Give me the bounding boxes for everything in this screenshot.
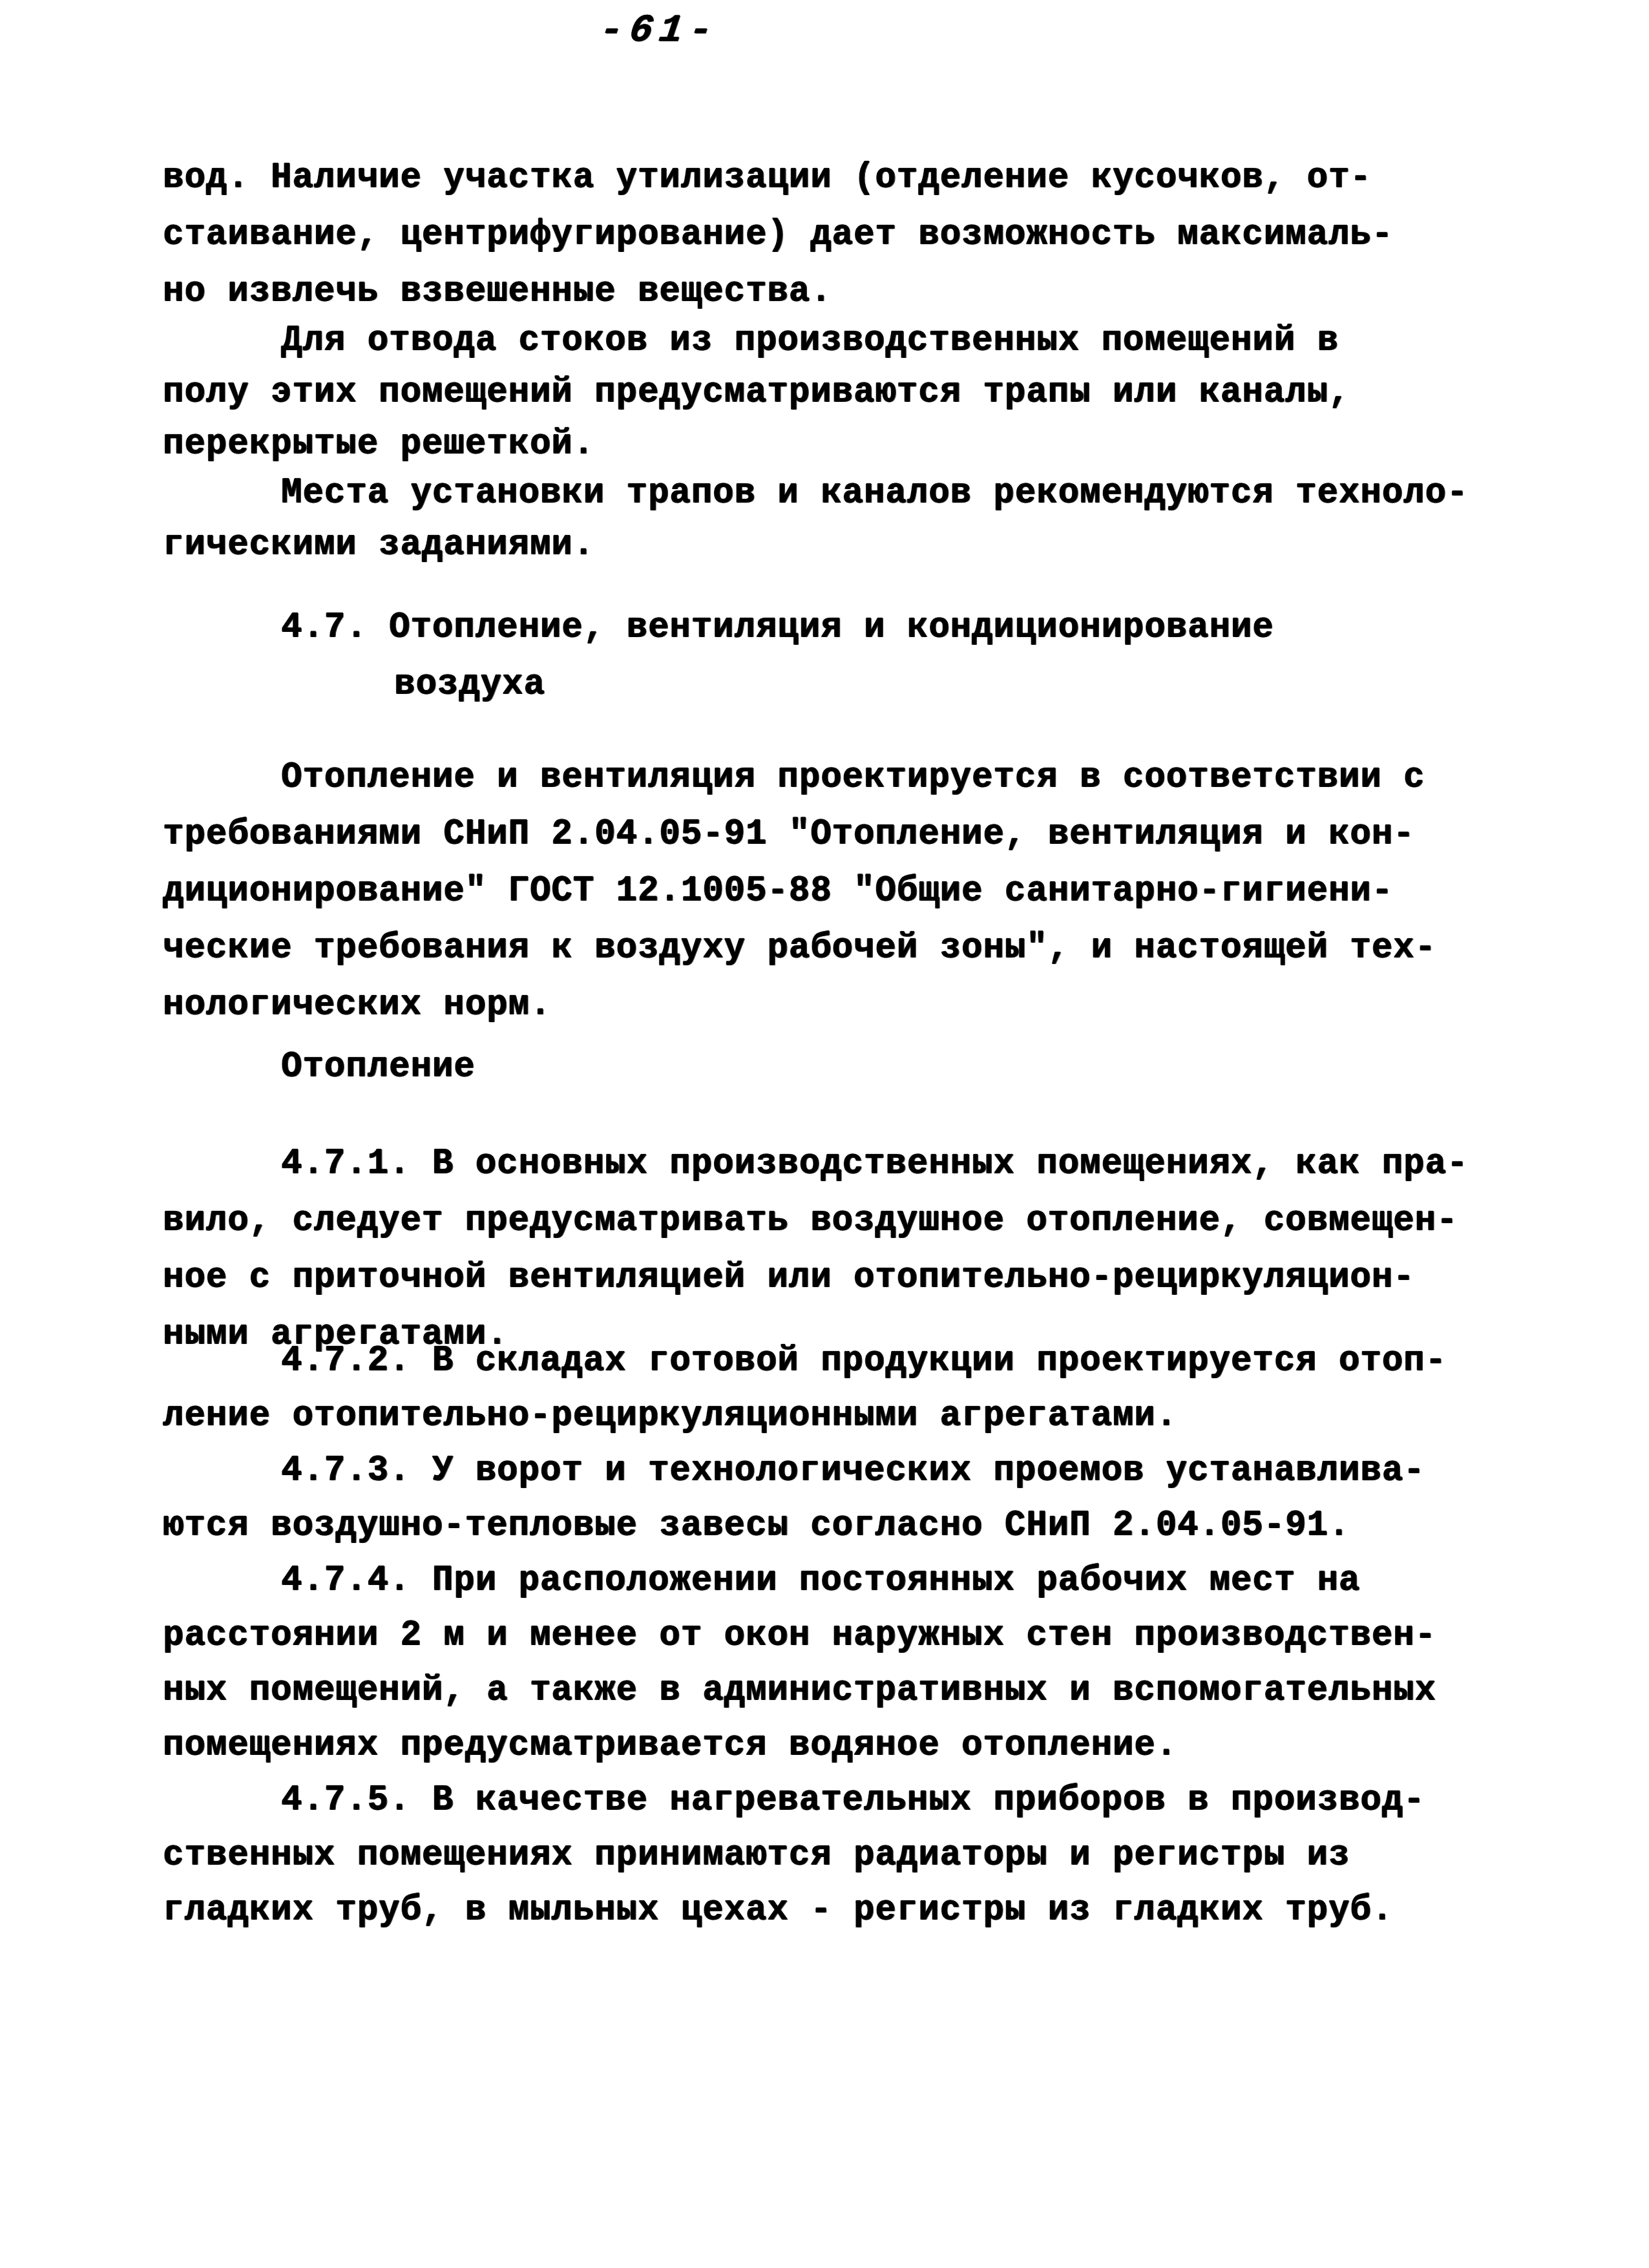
- text-line: стаивание, центрифугирование) дает возмо…: [163, 205, 1520, 265]
- text-line: вило, следует предусматривать воздушное …: [163, 1192, 1520, 1251]
- paragraph-4-7-3: 4.7.3. У ворот и технологических проемов…: [163, 1442, 1520, 1552]
- text-line: 4.7.1. В основных производственных помещ…: [163, 1135, 1520, 1194]
- text-line: перекрытые решеткой.: [163, 417, 1520, 471]
- text-line: требованиями СНиП 2.04.05-91 "Отопление,…: [163, 805, 1520, 865]
- text-line: вод. Наличие участка утилизации (отделен…: [163, 149, 1520, 208]
- subheading-heating: Отопление: [163, 1038, 1520, 1095]
- text-line: Отопление и вентиляция проектируется в с…: [163, 748, 1520, 808]
- text-line: ются воздушно-тепловые завесы согласно С…: [163, 1497, 1520, 1554]
- page-number: -61-: [596, 9, 722, 53]
- text-line: 4.7.2. В складах готовой продукции проек…: [163, 1332, 1520, 1389]
- text-line: гическими заданиями.: [163, 518, 1520, 572]
- text-line: Места установки трапов и каналов рекомен…: [163, 467, 1520, 520]
- text-line: ственных помещениях принимаются радиатор…: [163, 1827, 1520, 1884]
- paragraph-snip-gost-reference: Отопление и вентиляция проектируется в с…: [163, 748, 1520, 1033]
- text-line: диционирование" ГОСТ 12.1005-88 "Общие с…: [163, 862, 1520, 921]
- paragraph-drain-traps: Для отвода стоков из производственных по…: [163, 314, 1520, 469]
- subheading-line: Отопление: [163, 1038, 1520, 1097]
- section-heading-4-7: 4.7. Отопление, вентиляция и кондиционир…: [163, 598, 1520, 712]
- text-line: 4.7.5. В качестве нагревательных приборо…: [163, 1772, 1520, 1829]
- text-line: ление отопительно-рециркуляционными агре…: [163, 1387, 1520, 1444]
- heading-line: 4.7. Отопление, вентиляция и кондиционир…: [163, 598, 1520, 658]
- text-line: 4.7.4. При расположении постоянных рабоч…: [163, 1552, 1520, 1609]
- text-line: 4.7.3. У ворот и технологических проемов…: [163, 1442, 1520, 1499]
- text-line: нологических норм.: [163, 976, 1520, 1035]
- text-line: ных помещений, а также в административны…: [163, 1662, 1520, 1719]
- paragraph-4-7-4: 4.7.4. При расположении постоянных рабоч…: [163, 1552, 1520, 1772]
- text-line: полу этих помещений предусматриваются тр…: [163, 366, 1520, 419]
- text-line: ное с приточной вентиляцией или отопител…: [163, 1248, 1520, 1308]
- text-line: расстоянии 2 м и менее от окон наружных …: [163, 1607, 1520, 1664]
- paragraph-4-7-1: 4.7.1. В основных производственных помещ…: [163, 1135, 1520, 1362]
- heading-line: воздуха: [163, 655, 1520, 715]
- paragraph-4-7-2: 4.7.2. В складах готовой продукции проек…: [163, 1332, 1520, 1442]
- text-line: Для отвода стоков из производственных по…: [163, 314, 1520, 368]
- text-line: гладких труб, в мыльных цехах - регистры…: [163, 1882, 1520, 1938]
- text-line: но извлечь взвешенные вещества.: [163, 262, 1520, 322]
- text-line: помещениях предусматривается водяное ото…: [163, 1717, 1520, 1774]
- document-page: -61- вод. Наличие участка утилизации (от…: [0, 0, 1649, 2268]
- text-line: ческие требования к воздуху рабочей зоны…: [163, 919, 1520, 978]
- paragraph-4-7-5: 4.7.5. В качестве нагревательных приборо…: [163, 1772, 1520, 1937]
- paragraph-trap-locations: Места установки трапов и каналов рекомен…: [163, 467, 1520, 570]
- paragraph-runover-wastewater: вод. Наличие участка утилизации (отделен…: [163, 149, 1520, 319]
